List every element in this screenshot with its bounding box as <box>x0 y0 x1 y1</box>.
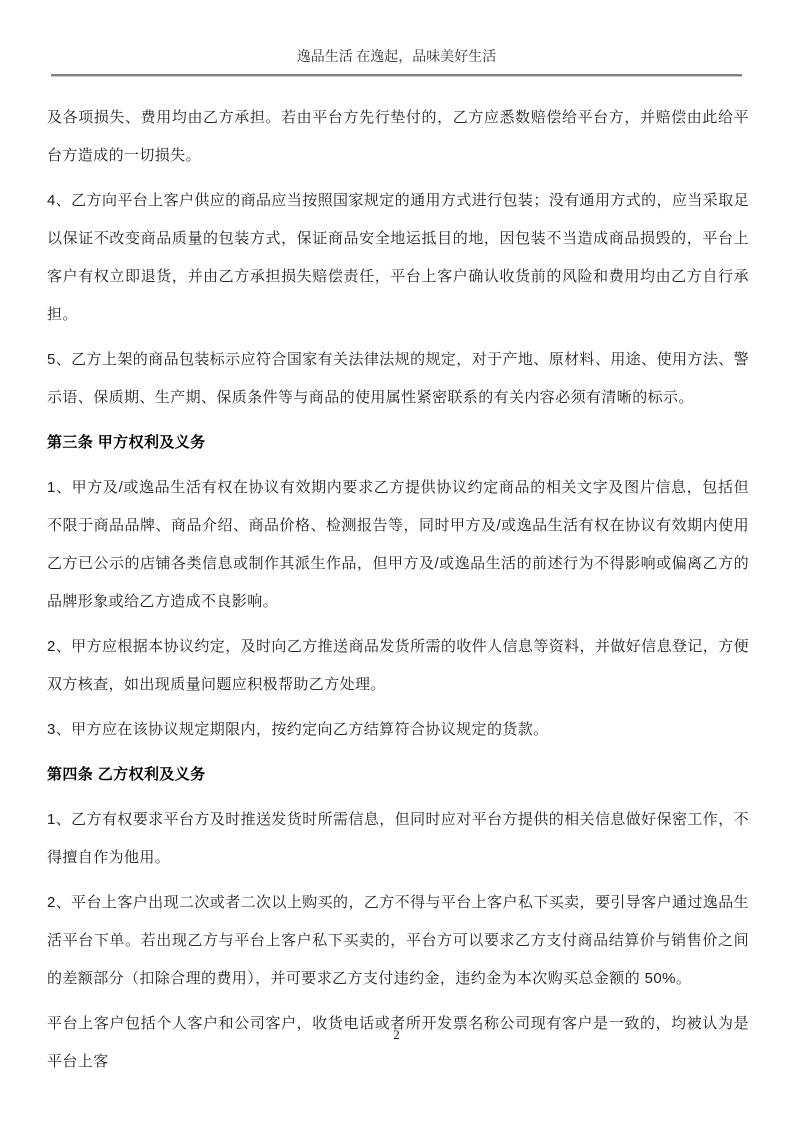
article4-clause-1: 1、乙方有权要求平台方及时推送发货时所需信息，但同时应对平台方提供的相关信息做好… <box>47 801 749 877</box>
article3-clause-3: 3、甲方应在该协议规定期限内，按约定向乙方结算符合协议规定的货款。 <box>47 711 749 749</box>
section-heading-article-3: 第三条 甲方权利及义务 <box>47 424 749 462</box>
article4-clause-2: 2、平台上客户出现二次或者二次以上购买的，乙方不得与平台上客户私下买卖，要引导客… <box>47 884 749 998</box>
page-number: 2 <box>0 1026 793 1044</box>
clause-paragraph-5: 5、乙方上架的商品包装标示应符合国家有关法律法规的规定，对于产地、原材料、用途、… <box>47 341 749 417</box>
article3-clause-2: 2、甲方应根据本协议约定，及时向乙方推送商品发货所需的收件人信息等资料，并做好信… <box>47 628 749 704</box>
continuation-paragraph: 及各项损失、费用均由乙方承担。若由平台方先行垫付的，乙方应悉数赔偿给平台方，并赔… <box>47 99 749 175</box>
clause-paragraph-4: 4、乙方向平台上客户供应的商品应当按照国家规定的通用方式进行包装；没有通用方式的… <box>47 182 749 334</box>
document-body: 及各项损失、费用均由乙方承担。若由平台方先行垫付的，乙方应悉数赔偿给平台方，并赔… <box>47 99 749 1088</box>
header-title: 逸品生活 在逸起，品味美好生活 <box>297 50 497 65</box>
document-page: 逸品生活 在逸起，品味美好生活 及各项损失、费用均由乙方承担。若由平台方先行垫付… <box>0 0 793 1122</box>
page-header: 逸品生活 在逸起，品味美好生活 <box>51 0 742 76</box>
article3-clause-1: 1、甲方及/或逸品生活有权在协议有效期内要求乙方提供协议约定商品的相关文字及图片… <box>47 469 749 621</box>
section-heading-article-4: 第四条 乙方权利及义务 <box>47 756 749 794</box>
